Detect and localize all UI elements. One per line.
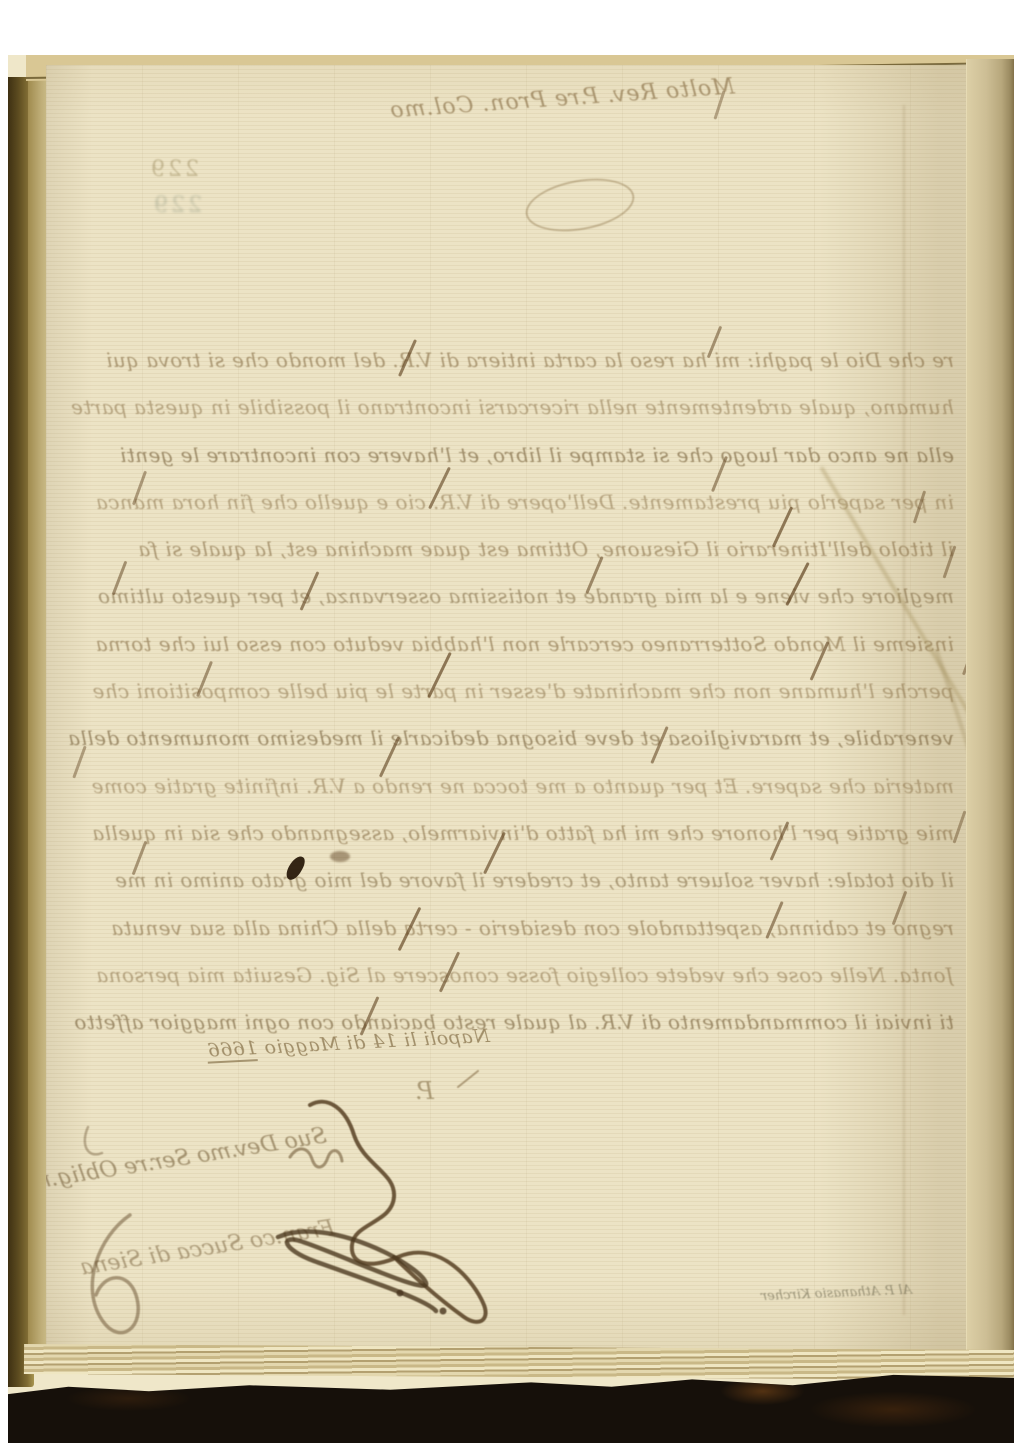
margin-small-mark [85, 1127, 102, 1154]
margin-curl-stroke [92, 1215, 138, 1333]
bottom-shadow-band [8, 1369, 1014, 1443]
right-page-edges [966, 59, 1014, 1389]
ink-dot [440, 1308, 447, 1315]
ink-dot [397, 1290, 404, 1297]
flourish-main-stroke [310, 1102, 486, 1322]
flourish-oval-strokes [278, 1232, 436, 1311]
manuscript-scan-screenshot: Molto Rev. P.re Pron. Col.mo 229 229 re … [0, 0, 1024, 1448]
signature-flourish [46, 65, 966, 1357]
bottom-page-edges [24, 1344, 1014, 1380]
paper-sheet: Molto Rev. P.re Pron. Col.mo 229 229 re … [46, 65, 966, 1357]
scan-surface: Molto Rev. P.re Pron. Col.mo 229 229 re … [8, 55, 1014, 1443]
flourish-letter-stroke [290, 1149, 342, 1167]
flourish-hairline [458, 1071, 478, 1087]
